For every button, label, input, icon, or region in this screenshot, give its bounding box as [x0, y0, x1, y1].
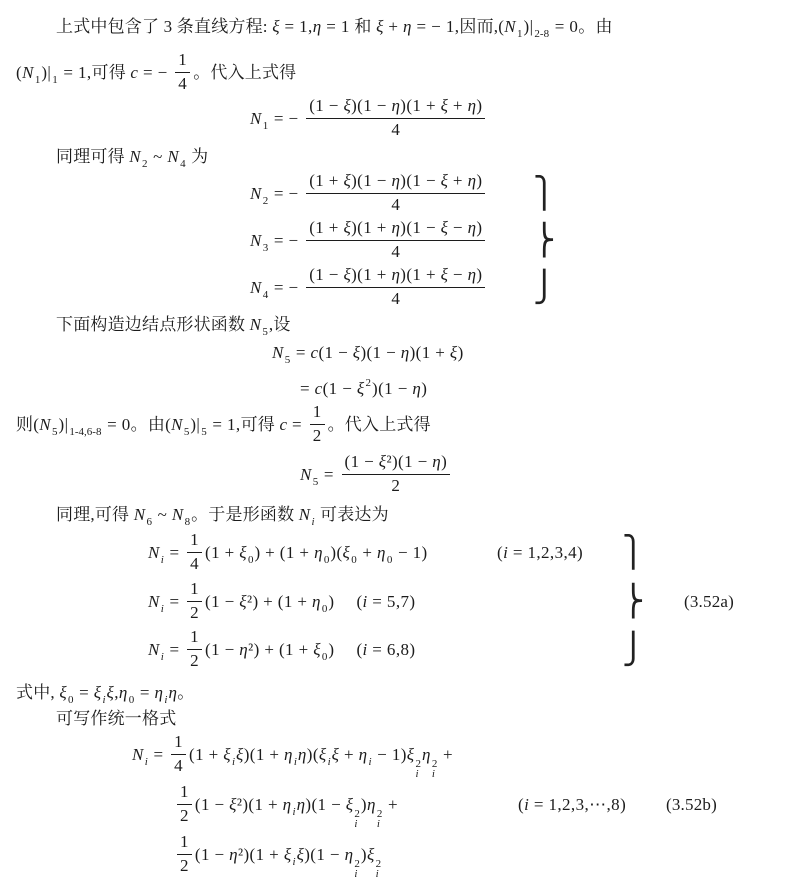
- fraction: (1 − ξ²)(1 − η)2: [342, 452, 451, 496]
- math-run: = 0: [550, 17, 578, 36]
- equation-352b-line1: Ni = 14(1 + ξiξ)(1 + ηiη)(ξiξ + ηi − 1)ξ…: [0, 732, 788, 778]
- math-run: )|: [59, 415, 69, 434]
- subscript: 2: [142, 158, 148, 170]
- math-run: N: [132, 745, 144, 764]
- subscript: 5: [262, 326, 268, 338]
- math-run: η: [422, 745, 431, 764]
- subscript: 8: [185, 516, 191, 528]
- math-run: = c(1 − ξ)(1 − η)(1 + ξ): [291, 343, 463, 362]
- math-run: N: [129, 147, 141, 166]
- fraction: (1 + ξ)(1 − η)(1 − ξ + η)4: [306, 171, 485, 215]
- math-run: + η: [358, 543, 386, 562]
- sub-superscript-stack: 2i: [354, 859, 360, 879]
- equation-352b-line2: 12(1 − ξ²)(1 + ηiη)(1 − ξ2i)η2i +(i = 1,…: [0, 782, 788, 828]
- text-run: 。于是形函数: [191, 505, 299, 524]
- math-run: N: [148, 543, 160, 562]
- subscript: i: [161, 603, 164, 615]
- right-brace-top: ⎫: [533, 179, 556, 209]
- math-run: η: [168, 683, 177, 702]
- subscript: 0: [324, 554, 330, 566]
- subscript: 4: [180, 158, 186, 170]
- math-run: N: [250, 184, 262, 203]
- fraction: 12: [187, 627, 202, 671]
- fraction: 14: [175, 50, 190, 94]
- subscript: 5: [184, 426, 190, 438]
- math-run: +: [438, 745, 453, 764]
- subscript: 0: [322, 603, 328, 615]
- math-run: )η: [361, 795, 376, 814]
- math-run: )|: [190, 415, 200, 434]
- math-run: − 1)ξ: [373, 745, 415, 764]
- text-run: 。由: [578, 17, 612, 36]
- math-run: = ξ: [75, 683, 102, 702]
- subscript: i: [294, 756, 297, 768]
- right-brace-bot: ⎭: [622, 635, 645, 665]
- math-run: ): [328, 640, 334, 659]
- paragraph-construct-n5: 下面构造边结点形状函数 N5,设: [0, 312, 788, 338]
- fraction: 14: [171, 732, 186, 776]
- right-brace-mid: ⎬: [533, 226, 556, 256]
- paragraph-unified-format: 可写作统一格式: [0, 706, 788, 732]
- text-run: 同理,可得: [56, 505, 134, 524]
- subscript: i: [161, 554, 164, 566]
- math-run: ξ + η = − 1,: [376, 17, 459, 36]
- math-run: (N: [33, 415, 51, 434]
- equation-n2: N2 = − (1 + ξ)(1 − η)(1 − ξ + η)4⎫: [0, 171, 788, 217]
- math-run: c =: [279, 415, 306, 434]
- math-run: (1 + ξ: [189, 745, 231, 764]
- math-run: (N: [165, 415, 183, 434]
- subscript: 1: [263, 120, 269, 132]
- paragraph-line-1: 上式中包含了 3 条直线方程: ξ = 1,η = 1 和 ξ + η = − …: [0, 14, 788, 40]
- text-run: 可得: [92, 63, 131, 82]
- math-run: N: [250, 315, 262, 334]
- text-run: 因而,: [459, 17, 498, 36]
- sub-superscript-stack: 2i: [377, 809, 383, 829]
- math-run: ξ)(1 − η: [297, 845, 354, 864]
- math-run: = −: [269, 184, 303, 203]
- math-run: =: [319, 465, 338, 484]
- math-run: = −: [269, 231, 303, 250]
- subscript: 5: [52, 426, 58, 438]
- text-run: 则: [16, 415, 33, 434]
- text-run: 。由: [131, 415, 165, 434]
- math-run: (i = 1,2,3,4): [497, 530, 583, 576]
- subscript: 1: [35, 74, 41, 86]
- equation-n5-result: N5 = (1 − ξ²)(1 − η)2: [0, 452, 788, 498]
- math-run: ξ)(1 + η: [236, 745, 293, 764]
- text-run: 。代入上式得: [193, 63, 296, 82]
- sub-superscript-stack: 2i: [415, 759, 421, 779]
- subscript: 5: [313, 476, 319, 488]
- paragraph-tongli-n2-n4: 同理可得 N2 ~ N4 为: [0, 144, 788, 170]
- math-run: )|: [524, 17, 534, 36]
- subscript: i: [293, 856, 296, 868]
- subscript: 1: [52, 74, 58, 86]
- math-run: N: [148, 640, 160, 659]
- math-run: )(1 − η): [372, 379, 427, 398]
- text-run: 。代入上式得: [328, 415, 431, 434]
- paragraph-tongli-n6-n8: 同理,可得 N6 ~ N8。于是形函数 Ni 可表达为: [0, 502, 788, 528]
- equation-n1: N1 = − (1 − ξ)(1 − η)(1 + ξ + η)4: [0, 96, 788, 142]
- text-run: (3.52b): [666, 782, 717, 828]
- math-run: =: [165, 640, 184, 659]
- subscript: i: [145, 756, 148, 768]
- subscript: 1: [517, 28, 523, 40]
- subscript: 4: [263, 289, 269, 301]
- right-brace-top: ⎫: [622, 538, 645, 568]
- equation-352b-line3: 12(1 − η²)(1 + ξiξ)(1 − η2i)ξ2i: [0, 832, 788, 878]
- math-run: (1 − ξ²)(1 + η: [195, 795, 292, 814]
- fraction: 12: [177, 832, 192, 876]
- math-run: = 1,: [208, 415, 241, 434]
- subscript: 0: [129, 694, 135, 706]
- math-run: ξ + η: [332, 745, 368, 764]
- subscript: 2-8: [534, 28, 549, 40]
- math-run: = −: [269, 109, 303, 128]
- math-run: ~ N: [149, 147, 180, 166]
- text-run: 式中,: [16, 683, 59, 702]
- math-run: − 1): [393, 543, 427, 562]
- text-run: (3.52a): [684, 579, 734, 625]
- math-run: = −: [269, 278, 303, 297]
- subscript: i: [161, 651, 164, 663]
- fraction: 12: [310, 402, 325, 446]
- math-run: (1 − ξ²) + (1 + η: [205, 592, 321, 611]
- equation-n4: N4 = − (1 − ξ)(1 + η)(1 + ξ − η)4⎭: [0, 265, 788, 311]
- equation-n5-def-line2: = c(1 − ξ2)(1 − η): [0, 370, 788, 396]
- math-run: (i = 5,7): [356, 592, 415, 611]
- textbook-page: 上式中包含了 3 条直线方程: ξ = 1,η = 1 和 ξ + η = − …: [0, 0, 788, 879]
- subscript: 5: [201, 426, 207, 438]
- math-run: (N: [16, 63, 34, 82]
- equation-352a-line3: Ni = 12(1 − η²) + (1 + ξ0)(i = 6,8)⎭: [0, 627, 788, 673]
- subscript: i: [328, 756, 331, 768]
- subscript: 2: [263, 195, 269, 207]
- math-run: +: [383, 795, 398, 814]
- math-run: ξ: [59, 683, 67, 702]
- subscript: i: [232, 756, 235, 768]
- sub-superscript-stack: 2i: [432, 759, 438, 779]
- paragraph-line-2: (N1)|1 = 1,可得 c = − 14。代入上式得: [0, 50, 788, 96]
- math-run: =: [165, 592, 184, 611]
- math-run: N: [250, 109, 262, 128]
- fraction: 12: [177, 782, 192, 826]
- fraction: (1 − ξ)(1 + η)(1 + ξ − η)4: [306, 265, 485, 309]
- math-run: ) + (1 + η: [254, 543, 322, 562]
- equation-n5-def-line1: N5 = c(1 − ξ)(1 − η)(1 + ξ): [0, 340, 788, 366]
- subscript: 0: [387, 554, 393, 566]
- sub-superscript-stack: 2i: [376, 859, 382, 879]
- math-run: = 0: [102, 415, 130, 434]
- subscript: 3: [263, 242, 269, 254]
- equation-n3: N3 = − (1 + ξ)(1 + η)(1 − ξ − η)4⎬: [0, 218, 788, 264]
- subscript: i: [164, 694, 167, 706]
- fraction: 14: [187, 530, 202, 574]
- text-run: 。: [177, 683, 194, 702]
- subscript: 0: [68, 694, 74, 706]
- math-run: (i = 6,8): [356, 640, 415, 659]
- math-run: = 1,: [59, 63, 92, 82]
- math-run: = c(1 − ξ: [300, 379, 365, 398]
- subscript: 0: [248, 554, 254, 566]
- paragraph-solve-c: 则(N5)|1-4,6-8 = 0。由(N5)|5 = 1,可得 c = 12。…: [0, 402, 788, 448]
- math-run: = η: [135, 683, 163, 702]
- text-run: 和: [354, 17, 376, 36]
- math-run: N: [300, 465, 312, 484]
- sub-superscript-stack: 2i: [354, 809, 360, 829]
- right-brace-bot: ⎭: [533, 273, 556, 303]
- math-run: η)(1 − ξ: [297, 795, 354, 814]
- math-run: N: [272, 343, 284, 362]
- equation-352a-line2: Ni = 12(1 − ξ²) + (1 + η0)(i = 5,7)⎬(3.5…: [0, 579, 788, 625]
- text-run: 下面构造边结点形状函数: [56, 315, 250, 334]
- subscript: 6: [146, 516, 152, 528]
- math-run: N: [134, 505, 146, 524]
- math-run: ~ N: [153, 505, 184, 524]
- text-run: 同理可得: [56, 147, 129, 166]
- math-run: (N: [498, 17, 516, 36]
- subscript: i: [368, 756, 371, 768]
- math-run: )|: [41, 63, 51, 82]
- math-run: =: [149, 745, 168, 764]
- text-run: 可得: [241, 415, 280, 434]
- paragraph-shizhong: 式中, ξ0 = ξiξ,η0 = ηiη。: [0, 680, 788, 706]
- math-run: )ξ: [361, 845, 375, 864]
- fraction: 12: [187, 579, 202, 623]
- math-run: N: [250, 278, 262, 297]
- subscript: 0: [351, 554, 357, 566]
- math-run: (1 + ξ: [205, 543, 247, 562]
- subscript: i: [102, 694, 105, 706]
- math-run: (1 − η²)(1 + ξ: [195, 845, 292, 864]
- text-run: ,设: [269, 315, 291, 334]
- math-run: (i = 1,2,3,⋯,8): [518, 782, 626, 828]
- subscript: i: [293, 806, 296, 818]
- math-run: (1 − η²) + (1 + ξ: [205, 640, 321, 659]
- text-run: 可写作统一格式: [56, 709, 176, 728]
- math-run: )(ξ: [330, 543, 350, 562]
- subscript: 1-4,6-8: [69, 426, 101, 438]
- subscript: 0: [322, 651, 328, 663]
- text-run: 为: [187, 147, 209, 166]
- right-brace-mid: ⎬: [622, 587, 645, 617]
- text-run: 上式中包含了 3 条直线方程:: [56, 17, 272, 36]
- subscript: 5: [285, 354, 291, 366]
- superscript: 2: [366, 377, 372, 389]
- math-run: ξ,η: [107, 683, 128, 702]
- math-run: =: [165, 543, 184, 562]
- fraction: (1 − ξ)(1 − η)(1 + ξ + η)4: [306, 96, 485, 140]
- fraction: (1 + ξ)(1 + η)(1 − ξ − η)4: [306, 218, 485, 262]
- math-run: N: [250, 231, 262, 250]
- equation-352a-line1: Ni = 14(1 + ξ0) + (1 + η0)(ξ0 + η0 − 1)(…: [0, 530, 788, 576]
- math-run: ξ = 1,η = 1: [272, 17, 354, 36]
- math-run: ): [328, 592, 334, 611]
- math-run: η)(ξ: [298, 745, 327, 764]
- math-run: N: [148, 592, 160, 611]
- math-run: N: [299, 505, 311, 524]
- math-run: c = −: [130, 63, 172, 82]
- text-run: 可表达为: [316, 505, 389, 524]
- subscript: i: [312, 516, 315, 528]
